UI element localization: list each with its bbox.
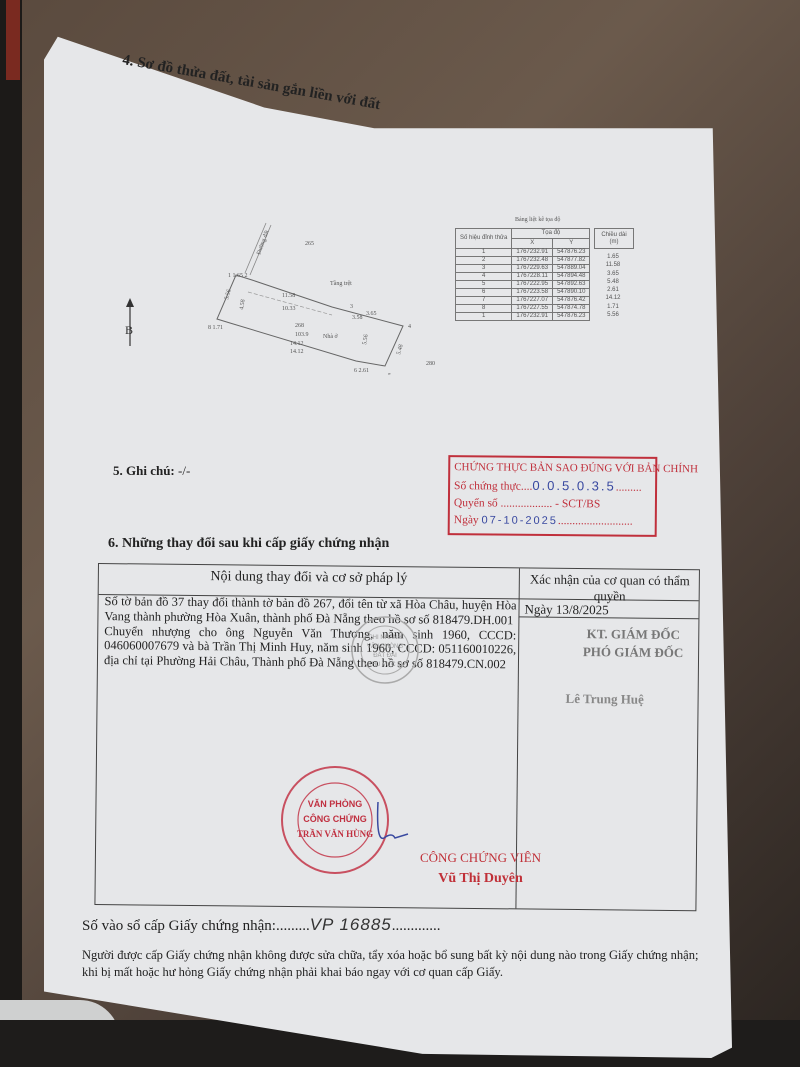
neighbor-265: 265: [305, 241, 314, 247]
svg-text:VĂN PHÒNG: VĂN PHÒNG: [367, 643, 403, 650]
svg-text:CÔNG CHỨNG: CÔNG CHỨNG: [303, 813, 366, 824]
svg-text:10.33: 10.33: [282, 306, 296, 312]
svg-text:5.56: 5.56: [362, 334, 370, 345]
coord-row: 51767222.95547892.63: [456, 281, 590, 289]
length-value: 5.48: [596, 278, 630, 286]
signer-title-1: KT. GIÁM ĐỐC: [578, 625, 688, 644]
coord-cell-point: 7: [456, 297, 512, 305]
svg-text:1 1.65 2: 1 1.65 2: [228, 273, 248, 279]
coord-cell-y: 547876.23: [553, 313, 590, 321]
coord-cell-x: 1767228.11: [512, 273, 553, 281]
coord-cell-point: 2: [456, 257, 512, 265]
north-arrow-icon: B: [124, 298, 136, 348]
svg-text:6 2.61: 6 2.61: [354, 368, 369, 374]
col-coord: Tọa độ: [512, 229, 590, 239]
svg-text:4.58: 4.58: [239, 299, 247, 310]
certified-copy-stamp: CHỨNG THỰC BẢN SAO ĐÚNG VỚI BẢN CHÍNH Số…: [448, 455, 658, 537]
length-value: 1.65: [596, 253, 630, 261]
svg-text:8 1.71: 8 1.71: [208, 325, 223, 331]
changes-col-confirm: Xác nhận của cơ quan có thẩm quyền: [521, 571, 699, 605]
coord-cell-x: 1767222.95: [512, 281, 553, 289]
col-y: Y: [553, 239, 590, 249]
notary-name: Vũ Thị Duyên: [438, 871, 523, 886]
svg-text:3.58: 3.58: [352, 315, 363, 321]
coord-cell-x: 1767229.63: [512, 265, 553, 273]
col-length: Chiều dài (m): [595, 229, 634, 249]
length-value: 11.58: [596, 261, 630, 269]
change-entry-1: Số tờ bản đồ 37 thay đổi thành tờ bản đồ…: [104, 594, 516, 628]
stamp-ngay-value: 07-10-2025: [482, 514, 558, 527]
changes-content: Số tờ bản đồ 37 thay đổi thành tờ bản đồ…: [104, 594, 517, 672]
coord-row: 11767232.91547876.23: [456, 313, 590, 321]
coord-table-title: Bảng liệt kê tọa độ: [515, 217, 560, 223]
section-5: 5. Ghi chú: -/-: [113, 463, 190, 479]
section-5-value: -/-: [178, 463, 190, 478]
signer-title: KT. GIÁM ĐỐC PHÓ GIÁM ĐỐC: [578, 625, 688, 662]
svg-text:5.48: 5.48: [396, 344, 405, 356]
svg-text:VĂN PHÒNG: VĂN PHÒNG: [308, 798, 363, 809]
round-seal-icon: CHI NHÁNH VĂN PHÒNG ĐẤT ĐAI KHU VỰC III: [350, 615, 420, 685]
coord-row: 11767232.91547876.23: [456, 249, 590, 257]
registry-value: VP 16885: [310, 915, 392, 934]
coord-cell-y: 547876.42: [553, 297, 590, 305]
house-label: Nhà ở: [323, 334, 338, 340]
svg-text:14.12: 14.12: [290, 349, 304, 355]
notary-signature-block: CÔNG CHỨNG VIÊN Vũ Thị Duyên: [420, 848, 541, 889]
coord-cell-x: 1767227.55: [512, 305, 553, 313]
floor-label: Tầng trệt: [330, 280, 352, 287]
parcel-area: 103.9: [295, 332, 309, 338]
stamp-title: CHỨNG THỰC BẢN SAO ĐÚNG VỚI BẢN CHÍNH: [454, 459, 651, 478]
length-value: 2.61: [596, 286, 630, 294]
stamp-ngay-label: Ngày: [454, 514, 479, 526]
coord-cell-y: 547890.10: [553, 289, 590, 297]
svg-text:ĐẤT ĐAI: ĐẤT ĐAI: [373, 652, 397, 659]
stamp-quyen-suffix: - SCT/BS: [555, 498, 600, 510]
coord-row: 81767227.55547874.78: [456, 305, 590, 313]
coord-row: 41767228.11547894.48: [456, 273, 590, 281]
svg-text:5: 5: [388, 373, 391, 375]
coord-cell-point: 8: [456, 305, 512, 313]
coord-cell-y: 547874.78: [553, 305, 590, 313]
legal-notice: Người được cấp Giấy chứng nhận không đượ…: [82, 947, 712, 981]
svg-text:B: B: [125, 323, 133, 337]
coord-cell-point: 3: [456, 265, 512, 273]
registry-number: Số vào sổ cấp Giấy chứng nhận:.........V…: [82, 915, 440, 935]
coord-cell-point: 1: [456, 249, 512, 257]
col-point: Số hiệu đỉnh thửa: [456, 229, 512, 249]
confirm-date: Ngày 13/8/2025: [524, 601, 608, 618]
stamp-so-value: 0.0.5.0.3.5: [532, 478, 616, 494]
coord-cell-x: 1767232.48: [512, 257, 553, 265]
coord-cell-x: 1767223.58: [512, 289, 553, 297]
coord-cell-y: 547889.04: [553, 265, 590, 273]
svg-text:TRẦN VĂN HÙNG: TRẦN VĂN HÙNG: [297, 829, 373, 839]
section-5-title: 5. Ghi chú:: [113, 463, 175, 478]
coord-row: 71767227.07547876.42: [456, 297, 590, 305]
signer-title-2: PHÓ GIÁM ĐỐC: [578, 643, 688, 662]
svg-text:CHI NHÁNH: CHI NHÁNH: [368, 634, 401, 641]
coord-cell-x: 1767232.91: [512, 249, 553, 257]
length-value: 5.56: [596, 311, 630, 319]
notary-stamp: VĂN PHÒNG CÔNG CHỨNG TRẦN VĂN HÙNG: [280, 762, 410, 887]
coord-cell-y: 547892.63: [553, 281, 590, 289]
svg-text:KHU VỰC III: KHU VỰC III: [368, 662, 403, 668]
stamp-so-label: Số chứng thực: [454, 480, 521, 493]
length-column: 1.6511.583.655.482.6114.121.715.56: [596, 253, 630, 319]
svg-text:5.56: 5.56: [224, 289, 233, 301]
coord-cell-point: 5: [456, 281, 512, 289]
coord-cell-y: 547894.48: [553, 273, 590, 281]
svg-text:4: 4: [408, 324, 411, 330]
col-x: X: [512, 239, 553, 249]
coord-row: 21767232.48547877.82: [456, 257, 590, 265]
notary-role: CÔNG CHỨNG VIÊN: [420, 848, 541, 868]
land-office-stamp: CHI NHÁNH VĂN PHÒNG ĐẤT ĐAI KHU VỰC III: [350, 615, 420, 690]
changes-col-content: Nội dung thay đổi và cơ sở pháp lý: [99, 568, 519, 588]
parcel-sketch: Đường đất 265 Tầng trệt 11.58 10.33 268 …: [190, 215, 450, 375]
length-value: 14.12: [596, 294, 630, 302]
stamp-quyen-label: Quyển số: [454, 497, 498, 509]
coord-cell-y: 547876.23: [553, 249, 590, 257]
notary-seal-icon: VĂN PHÒNG CÔNG CHỨNG TRẦN VĂN HÙNG: [280, 762, 410, 882]
length-value: 1.71: [596, 303, 630, 311]
svg-text:14.12: 14.12: [290, 341, 304, 347]
coord-row: 31767229.63547889.04: [456, 265, 590, 273]
coord-cell-x: 1767232.91: [512, 313, 553, 321]
signer-name: Lê Trung Huệ: [566, 691, 644, 708]
neighbor-280: 280: [426, 361, 435, 367]
coord-cell-x: 1767227.07: [512, 297, 553, 305]
svg-text:3: 3: [350, 304, 353, 310]
svg-text:11.58: 11.58: [282, 293, 295, 299]
background-edge: [0, 0, 22, 1067]
parcel-number: 268: [295, 323, 304, 329]
section-6-title: 6. Những thay đổi sau khi cấp giấy chứng…: [108, 536, 389, 552]
coord-cell-point: 1: [456, 313, 512, 321]
coord-cell-point: 6: [456, 289, 512, 297]
length-header-table: Chiều dài (m): [594, 228, 634, 249]
coord-cell-y: 547877.82: [553, 257, 590, 265]
change-entry-2: Chuyển nhượng cho ông Nguyễn Văn Thương,…: [104, 624, 516, 673]
length-value: 3.65: [596, 270, 630, 278]
svg-text:3.65: 3.65: [366, 311, 377, 317]
registry-label: Số vào sổ cấp Giấy chứng nhận:: [82, 918, 276, 934]
coord-row: 61767223.58547890.10: [456, 289, 590, 297]
north-arrow: B: [124, 298, 136, 353]
coord-cell-point: 4: [456, 273, 512, 281]
coord-table: Số hiệu đỉnh thửa Tọa độ X Y 11767232.91…: [455, 228, 590, 321]
